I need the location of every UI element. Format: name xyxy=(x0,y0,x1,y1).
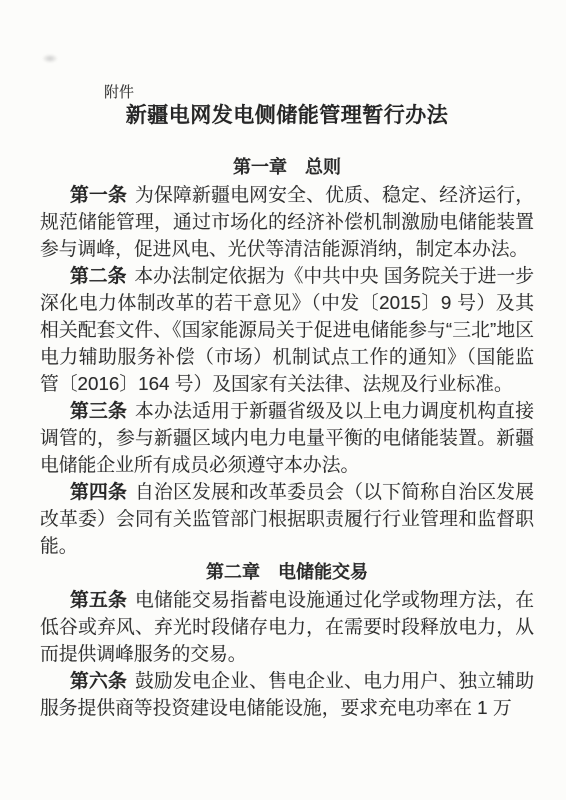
document-title: 新疆电网发电侧储能管理暂行办法 xyxy=(40,103,534,128)
chapter-2-heading: 第二章 电储能交易 xyxy=(40,559,534,586)
chapter-1-heading: 第一章 总则 xyxy=(40,154,534,181)
article-6-paragraph: 第六条鼓励发电企业、售电企业、电力用户、独立辅助服务提供商等投资建设电储能设施，… xyxy=(40,667,534,721)
article-5-paragraph: 第五条电储能交易指蓄电设施通过化学或物理方法，在低谷或弃风、弃光时段储存电力，在… xyxy=(40,586,534,667)
article-4-number: 第四条 xyxy=(70,481,127,502)
article-1-paragraph: 第一条为保障新疆电网安全、优质、稳定、经济运行，规范储能管理，通过市场化的经济补… xyxy=(40,181,534,262)
article-5-number: 第五条 xyxy=(70,589,127,610)
article-2-number: 第二条 xyxy=(70,265,126,286)
article-1-number: 第一条 xyxy=(70,184,127,205)
article-4-paragraph: 第四条自治区发展和改革委员会（以下简称自治区发展改革委）会同有关监管部门根据职责… xyxy=(40,478,534,559)
attachment-label: 附件 xyxy=(104,85,534,101)
document-content: 附件 新疆电网发电侧储能管理暂行办法 第一章 总则 第一条为保障新疆电网安全、优… xyxy=(40,0,534,721)
article-3-paragraph: 第三条本办法适用于新疆省级及以上电力调度机构直接调管的，参与新疆区域内电力电量平… xyxy=(40,397,534,478)
article-3-number: 第三条 xyxy=(70,400,127,421)
article-2-paragraph: 第二条本办法制定依据为《中共中央 国务院关于进一步深化电力体制改革的若干意见》（… xyxy=(40,262,534,397)
scanned-document-page: 附件 新疆电网发电侧储能管理暂行办法 第一章 总则 第一条为保障新疆电网安全、优… xyxy=(0,0,566,800)
article-6-number: 第六条 xyxy=(70,670,127,691)
